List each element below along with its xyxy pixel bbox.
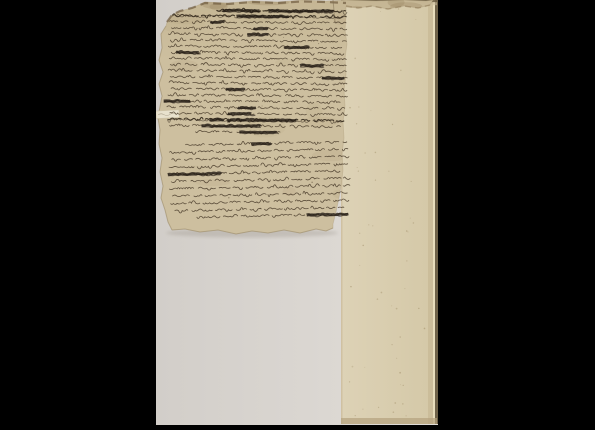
ink-speck [318,43,319,44]
ink-speck [228,197,229,198]
ink-speck [283,37,284,38]
strikethrough-mark [322,77,345,78]
ink-speck [232,158,233,159]
ink-speck [260,208,261,209]
strikethrough-mark [210,119,224,120]
strikethrough-mark [228,113,252,114]
mount-strip [341,0,438,424]
strikethrough-mark [239,132,276,133]
ink-speck [262,106,263,107]
ink-speck [177,40,178,41]
ink-speck [227,54,228,55]
strikethrough-mark [223,10,260,11]
ink-speck [254,134,255,135]
ink-speck [311,182,312,183]
viewer-canvas [0,0,595,430]
manuscript-photo [156,0,438,425]
manuscript-scene [156,0,438,425]
strikethrough-mark [300,65,324,67]
